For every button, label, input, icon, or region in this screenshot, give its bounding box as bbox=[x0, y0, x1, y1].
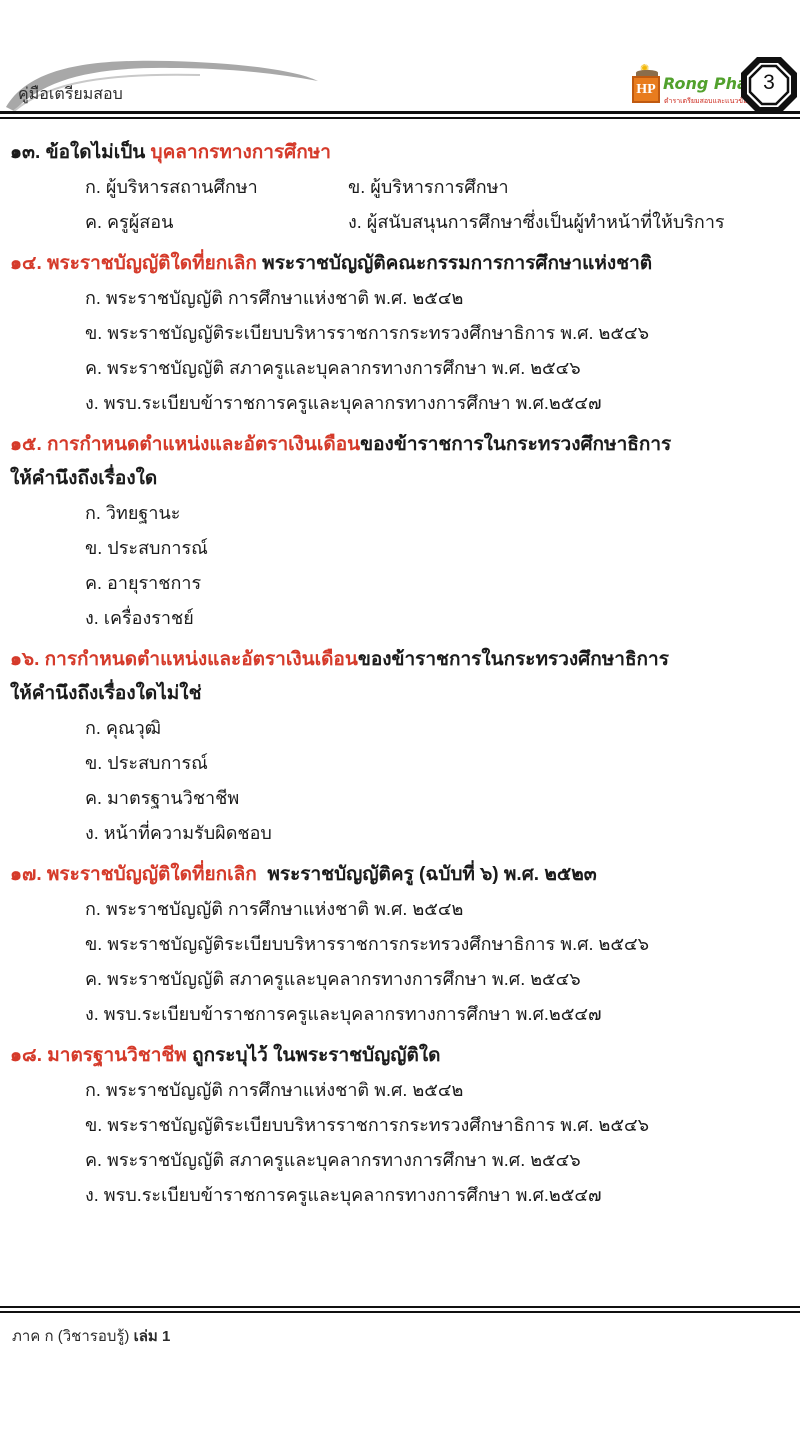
brand-logo: ✺ HP Rong Phai ตำราเตรียมสอบและแนวข้อสอบ bbox=[630, 64, 745, 112]
question-text: พระราชบัญญัติคณะกรรมการการศึกษาแห่งชาติ bbox=[257, 253, 652, 274]
answer-option: ง. หน้าที่ความรับผิดชอบ bbox=[10, 816, 792, 851]
question-text: ถูกระบุไว้ ในพระราชบัญญัติใด bbox=[187, 1045, 441, 1066]
question-text: ๑๓. ข้อใดไม่เป็น bbox=[10, 142, 151, 163]
answer-option: ค. มาตรฐานวิชาชีพ bbox=[10, 781, 792, 816]
answer-option: ก. พระราชบัญญัติ การศึกษาแห่งชาติ พ.ศ. ๒… bbox=[10, 1073, 792, 1108]
footer-volume-label: เล่ม 1 bbox=[134, 1328, 171, 1345]
document-page: { "colors": { "accent_red": "#d53a2a", "… bbox=[0, 0, 800, 1430]
answer-option: ง. ผู้สนับสนุนการศึกษาซึ่งเป็นผู้ทำหน้าท… bbox=[348, 205, 792, 240]
header-rule-top bbox=[0, 111, 800, 114]
answer-option: ก. คุณวุฒิ bbox=[10, 711, 792, 746]
answer-options: ก. วิทยฐานะข. ประสบการณ์ค. อายุราชการง. … bbox=[10, 496, 792, 636]
question-text: ของข้าราชการในกระทรวงศึกษาธิการ bbox=[360, 434, 671, 455]
answer-option: ค. พระราชบัญญัติ สภาครูและบุคลากรทางการศ… bbox=[10, 351, 792, 386]
answer-options: ก. พระราชบัญญัติ การศึกษาแห่งชาติ พ.ศ. ๒… bbox=[10, 281, 792, 421]
page-title: คู่มือเตรียมสอบ bbox=[18, 82, 123, 107]
answer-option: ค. ครูผู้สอน bbox=[85, 205, 348, 240]
question-text: ของข้าราชการในกระทรวงศึกษาธิการ bbox=[358, 649, 669, 670]
answer-option: ข. พระราชบัญญัติระเบียบบริหารราชการกระทร… bbox=[10, 1108, 792, 1143]
question-highlight-text: บุคลากรทางการศึกษา bbox=[151, 142, 331, 163]
question-heading: ๑๘. มาตรฐานวิชาชีพ ถูกระบุไว้ ในพระราชบั… bbox=[10, 1039, 792, 1073]
answer-option: ค. อายุราชการ bbox=[10, 566, 792, 601]
page-number: 3 bbox=[740, 71, 798, 95]
answer-options: ก. พระราชบัญญัติ การศึกษาแห่งชาติ พ.ศ. ๒… bbox=[10, 1073, 792, 1213]
question-block: ๑๔. พระราชบัญญัติใดที่ยกเลิก พระราชบัญญั… bbox=[10, 247, 792, 421]
answer-option: ค. พระราชบัญญัติ สภาครูและบุคลากรทางการศ… bbox=[10, 962, 792, 997]
footer-rule-bottom bbox=[0, 1311, 800, 1313]
footer-rule-top bbox=[0, 1306, 800, 1308]
answer-option: ข. พระราชบัญญัติระเบียบบริหารราชการกระทร… bbox=[10, 316, 792, 351]
page-number-badge: 3 bbox=[740, 56, 798, 114]
answer-option: ข. ประสบการณ์ bbox=[10, 531, 792, 566]
question-highlight-text: ๑๗. พระราชบัญญัติใดที่ยกเลิก bbox=[10, 864, 257, 885]
answer-options: ก. คุณวุฒิข. ประสบการณ์ค. มาตรฐานวิชาชีพ… bbox=[10, 711, 792, 851]
question-heading-line2: ให้คำนึงถึงเรื่องใด bbox=[10, 462, 792, 496]
question-text: พระราชบัญญัติครู (ฉบับที่ ๖) พ.ศ. ๒๕๒๓ bbox=[257, 864, 597, 885]
question-block: ๑๗. พระราชบัญญัติใดที่ยกเลิก พระราชบัญญั… bbox=[10, 858, 792, 1032]
answer-option: ก. วิทยฐานะ bbox=[10, 496, 792, 531]
answer-option: ง. พรบ.ระเบียบข้าราชการครูและบุคลากรทางก… bbox=[10, 1178, 792, 1213]
answer-option: ก. ผู้บริหารสถานศึกษา bbox=[85, 170, 348, 205]
answer-option: ข. พระราชบัญญัติระเบียบบริหารราชการกระทร… bbox=[10, 927, 792, 962]
answer-options: ก. พระราชบัญญัติ การศึกษาแห่งชาติ พ.ศ. ๒… bbox=[10, 892, 792, 1032]
question-block: ๑๕. การกำหนดตำแหน่งและอัตราเงินเดือนของข… bbox=[10, 428, 792, 636]
question-heading: ๑๖. การกำหนดตำแหน่งและอัตราเงินเดือนของข… bbox=[10, 643, 792, 677]
answer-options: ก. ผู้บริหารสถานศึกษาข. ผู้บริหารการศึกษ… bbox=[10, 170, 792, 240]
answer-option: ข. ผู้บริหารการศึกษา bbox=[348, 170, 792, 205]
answer-option: ง. พรบ.ระเบียบข้าราชการครูและบุคลากรทางก… bbox=[10, 386, 792, 421]
answer-option: ข. ประสบการณ์ bbox=[10, 746, 792, 781]
question-heading: ๑๔. พระราชบัญญัติใดที่ยกเลิก พระราชบัญญั… bbox=[10, 247, 792, 281]
footer-text: ภาค ก (วิชารอบรู้) เล่ม 1 bbox=[12, 1324, 170, 1348]
answer-option: ก. พระราชบัญญัติ การศึกษาแห่งชาติ พ.ศ. ๒… bbox=[10, 892, 792, 927]
question-block: ๑๖. การกำหนดตำแหน่งและอัตราเงินเดือนของข… bbox=[10, 643, 792, 851]
logo-letter-box: HP bbox=[632, 76, 660, 103]
answer-option: ค. พระราชบัญญัติ สภาครูและบุคลากรทางการศ… bbox=[10, 1143, 792, 1178]
answer-option: ง. พรบ.ระเบียบข้าราชการครูและบุคลากรทางก… bbox=[10, 997, 792, 1032]
header-rule-bottom bbox=[0, 117, 800, 119]
question-heading: ๑๕. การกำหนดตำแหน่งและอัตราเงินเดือนของข… bbox=[10, 428, 792, 462]
questions-list: ๑๓. ข้อใดไม่เป็น บุคลากรทางการศึกษาก. ผู… bbox=[10, 136, 792, 1220]
question-highlight-text: ๑๔. พระราชบัญญัติใดที่ยกเลิก bbox=[10, 253, 257, 274]
question-highlight-text: ๑๘. มาตรฐานวิชาชีพ bbox=[10, 1045, 187, 1066]
question-highlight-text: ๑๖. การกำหนดตำแหน่งและอัตราเงินเดือน bbox=[10, 649, 358, 670]
answer-option: ง. เครื่องราชย์ bbox=[10, 601, 792, 636]
question-highlight-text: ๑๕. การกำหนดตำแหน่งและอัตราเงินเดือน bbox=[10, 434, 360, 455]
question-block: ๑๘. มาตรฐานวิชาชีพ ถูกระบุไว้ ในพระราชบั… bbox=[10, 1039, 792, 1213]
question-heading-line2: ให้คำนึงถึงเรื่องใดไม่ใช่ bbox=[10, 677, 792, 711]
footer-section-label: ภาค ก (วิชารอบรู้) bbox=[12, 1328, 134, 1345]
answer-option: ก. พระราชบัญญัติ การศึกษาแห่งชาติ พ.ศ. ๒… bbox=[10, 281, 792, 316]
question-heading: ๑๗. พระราชบัญญัติใดที่ยกเลิก พระราชบัญญั… bbox=[10, 858, 792, 892]
question-block: ๑๓. ข้อใดไม่เป็น บุคลากรทางการศึกษาก. ผู… bbox=[10, 136, 792, 240]
question-heading: ๑๓. ข้อใดไม่เป็น บุคลากรทางการศึกษา bbox=[10, 136, 792, 170]
